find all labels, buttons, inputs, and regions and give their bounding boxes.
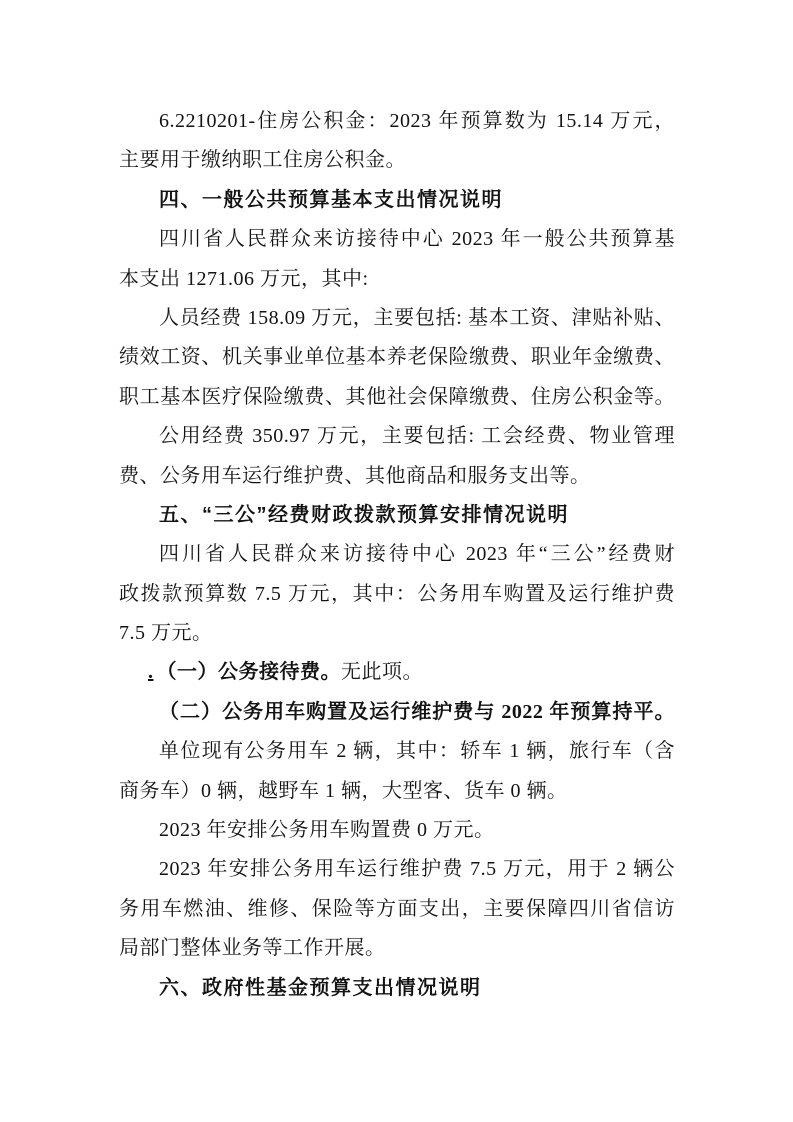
paragraph-line-vehicle-maintenance-2: 务用车燃油、维修、保险等方面支出，主要保障四川省信访	[119, 890, 675, 929]
section-heading-5-three-public-expenses: 五、“三公”经费财政拨款预算安排情况说明	[119, 496, 675, 535]
paragraph-line-personnel-2: 绩效工资、机关事业单位基本养老保险缴费、职业年金缴费、	[119, 338, 675, 377]
paragraph-line-three-public-2: 政拨款预算数 7.5 万元，其中：公务用车购置及运行维护费	[119, 575, 675, 614]
paragraph-line-vehicle-maintenance-3: 局部门整体业务等工作开展。	[119, 929, 675, 968]
revision-dot-mark: .	[148, 661, 154, 683]
paragraph-line-three-public-1: 四川省人民群众来访接待中心 2023 年“三公”经费财	[119, 535, 675, 574]
paragraph-line-vehicle-maintenance-1: 2023 年安排公务用车运行维护费 7.5 万元，用于 2 辆公	[119, 850, 675, 889]
paragraph-line-vehicles-2: 商务车）0 辆，越野车 1 辆，大型客、货车 0 辆。	[119, 772, 675, 811]
sub-heading-1-note: 无此项。	[341, 661, 423, 683]
paragraph-line-personnel-1: 人员经费 158.09 万元，主要包括: 基本工资、津贴补贴、	[119, 299, 675, 338]
paragraph-line-basic-expenditure-2: 本支出 1271.06 万元，其中:	[119, 260, 675, 299]
document-page: 6.2210201-住房公积金：2023 年预算数为 15.14 万元， 主要用…	[0, 0, 793, 1122]
paragraph-line-personnel-3: 职工基本医疗保险缴费、其他社会保障缴费、住房公积金等。	[119, 378, 675, 417]
paragraph-line-basic-expenditure-1: 四川省人民群众来访接待中心 2023 年一般公共预算基	[119, 220, 675, 259]
paragraph-line-public-funds-2: 费、公务用车运行维护费、其他商品和服务支出等。	[119, 457, 675, 496]
paragraph-line-public-funds-1: 公用经费 350.97 万元，主要包括: 工会经费、物业管理	[119, 417, 675, 456]
sub-heading-2-vehicle-budget: （二）公务用车购置及运行维护费与 2022 年预算持平。	[119, 693, 675, 732]
paragraph-line-vehicle-purchase: 2023 年安排公务用车购置费 0 万元。	[119, 811, 675, 850]
paragraph-line-housing-fund: 6.2210201-住房公积金：2023 年预算数为 15.14 万元，	[119, 102, 675, 141]
section-heading-4-basic-expenditure: 四、一般公共预算基本支出情况说明	[119, 181, 675, 220]
document-text-block: 6.2210201-住房公积金：2023 年预算数为 15.14 万元， 主要用…	[119, 102, 675, 1008]
paragraph-line-vehicles-1: 单位现有公务用车 2 辆，其中：轿车 1 辆，旅行车（含	[119, 732, 675, 771]
paragraph-line-three-public-3: 7.5 万元。	[119, 614, 675, 653]
section-heading-6-government-fund: 六、政府性基金预算支出情况说明	[119, 969, 675, 1008]
sub-heading-1-official-reception: .（一）公务接待费。无此项。	[119, 653, 675, 692]
sub-heading-1-label: （一）公务接待费。	[157, 661, 342, 683]
paragraph-line-housing-fund-end: 主要用于缴纳职工住房公积金。	[119, 141, 675, 180]
